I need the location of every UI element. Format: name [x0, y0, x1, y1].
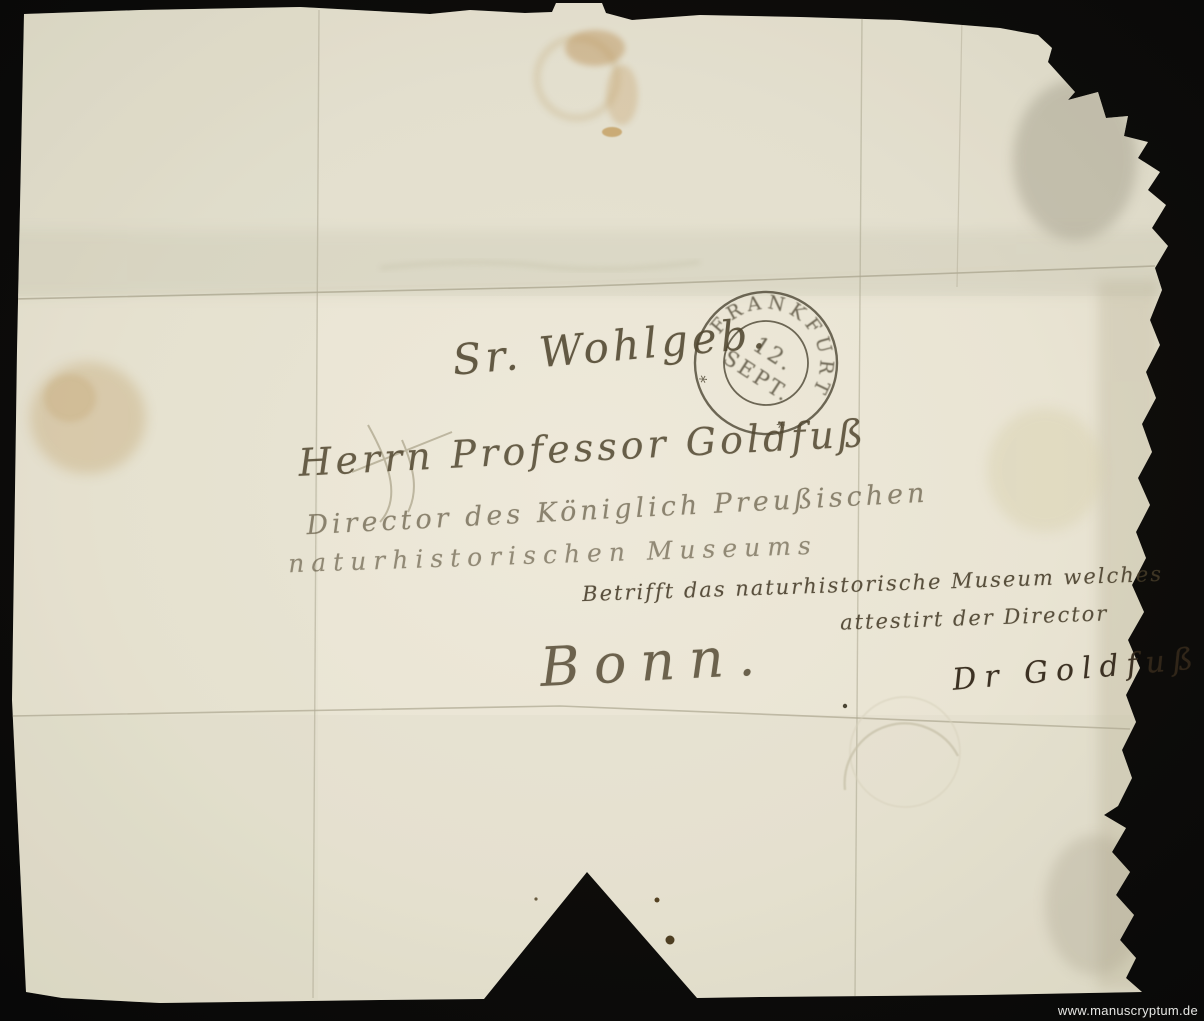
- left-panel-shading: [0, 0, 318, 1021]
- stain-right-faint: [987, 408, 1103, 532]
- address-destination: Bonn.: [539, 624, 771, 699]
- torn-bottom-right-shading: [1045, 835, 1145, 975]
- stain-left: [30, 362, 146, 474]
- torn-corner-shading: [1013, 80, 1137, 240]
- wax-seal-ghost-speck: [602, 127, 622, 137]
- site-watermark: www.manuscryptum.de: [1058, 1003, 1198, 1018]
- ink-speck: [655, 898, 660, 903]
- ink-speck: [666, 936, 675, 945]
- ink-speck: [843, 704, 847, 708]
- ink-speck: [534, 897, 537, 900]
- stain-left-core: [44, 374, 96, 422]
- photograph-of-folded-letter: FRANKFURT 12. SEPT. * * Sr. Wohlgeb. Her…: [0, 0, 1204, 1021]
- wax-seal-ghost-smudge-right: [606, 65, 638, 125]
- wax-seal-ghost-smudge-top: [565, 30, 625, 66]
